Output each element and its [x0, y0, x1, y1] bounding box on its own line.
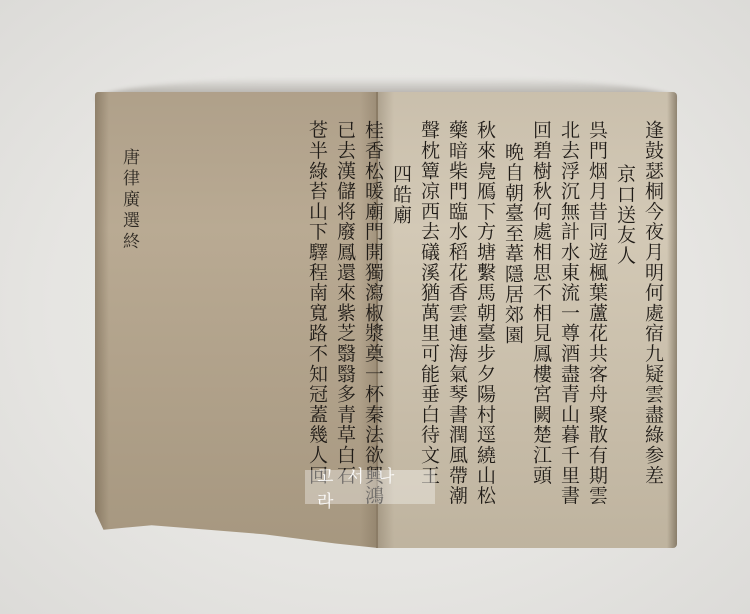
- watermark: 고서나라: [305, 470, 435, 504]
- volume-end-title: 唐律廣選終: [117, 148, 142, 253]
- text-column: 北去浮沉無計水東流一尊酒盡青山暮千里書: [555, 120, 583, 520]
- text-column: 聲枕簟凉西去礒溪猶萬里可能垂白待文王: [415, 120, 443, 520]
- text-column: 桂香松暖廟門開獨瀉椒漿奠一杯秦法欲興鴻: [359, 120, 387, 520]
- poem-title-column: 四皓廟: [387, 120, 415, 520]
- poem-text-block: 逢鼓瑟桐今夜月明何處宿九疑雲盡綠参差 京口送友人 呉門烟月昔同遊楓葉蘆花共客舟聚…: [303, 120, 667, 520]
- text-column: 呉門烟月昔同遊楓葉蘆花共客舟聚散有期雲: [583, 120, 611, 520]
- poem-title-column: 京口送友人: [611, 120, 639, 520]
- text-column: 回碧樹秋何處相思不相見鳳樓宮闕楚江頭: [527, 120, 555, 520]
- text-column: 逢鼓瑟桐今夜月明何處宿九疑雲盡綠参差: [639, 120, 667, 520]
- text-column: 苍半綠苔山下驛程南寬路不知冠蓋幾人回: [303, 120, 331, 520]
- text-column: 秋來鳧鴈下方塘繫馬朝臺步夕陽村逕繞山松: [471, 120, 499, 520]
- text-column: 已去漢儲将廢鳳還來紫芝翳翳多青草白石: [331, 120, 359, 520]
- poem-title-column: 晩自朝臺至葦隱居郊園: [499, 120, 527, 520]
- text-column: 藥暗柴門臨水稻花香雲連海氣琴書潤風帶潮: [443, 120, 471, 520]
